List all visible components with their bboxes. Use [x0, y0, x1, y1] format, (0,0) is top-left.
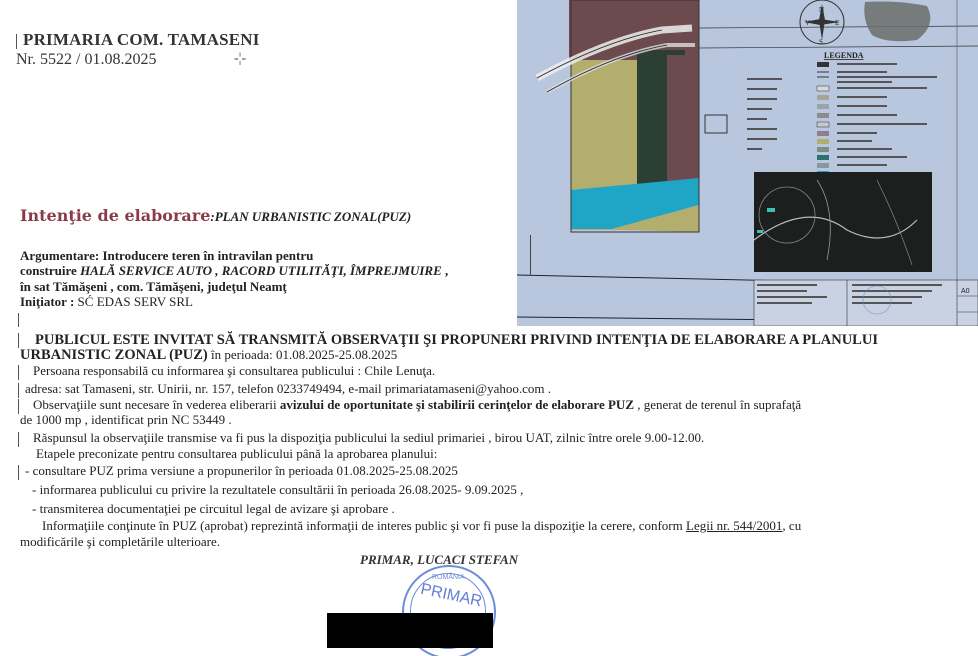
notice-heading-line-2: URBANISTIC ZONAL (PUZ) în perioada: 01.0…	[20, 347, 397, 364]
svg-text:S: S	[819, 38, 823, 46]
institution-header: PRIMARIA COM. TAMASENI	[16, 30, 260, 50]
stage-item: - transmiterea documentaţiei pe circuitu…	[32, 501, 395, 517]
info-line-1: Informaţiile conţinute în PUZ (aprobat) …	[42, 518, 801, 534]
law-reference-link[interactable]: Legii nr. 544/2001	[686, 518, 782, 533]
redaction-box	[327, 613, 493, 648]
argument-line-1: Argumentare: Introducere teren în intrav…	[20, 248, 313, 264]
margin-mark	[18, 313, 19, 327]
svg-text:N: N	[819, 6, 824, 14]
responsible-person: Persoana responsabilă cu informarea şi c…	[18, 363, 435, 380]
observations-line-2: de 1000 mp , identificat prin NC 53449 .	[20, 412, 232, 428]
svg-text:V: V	[805, 19, 810, 27]
stages-intro: Etapele preconizate pentru consultarea p…	[36, 446, 437, 462]
info-line-2: modificările şi completările ulterioare.	[20, 534, 220, 550]
contact-address: adresa: sat Tamaseni, str. Unirii, nr. 1…	[18, 381, 551, 398]
response-info: Răspunsul la observaţiile transmise va f…	[18, 430, 704, 447]
margin-mark	[16, 34, 17, 49]
project-description: HALĂ SERVICE AUTO , RACORD UTILITĂŢI, ÎM…	[80, 263, 442, 278]
intent-label: Intenţie de elaborare	[20, 206, 210, 225]
argument-label: Argumentare:	[20, 248, 99, 263]
crosshair-mark-icon: -¦-	[234, 51, 246, 67]
initiator-label: Iniţiator :	[20, 294, 78, 309]
intent-title: Intenţie de elaborare:PLAN URBANISTIC ZO…	[20, 206, 411, 226]
svg-text:E: E	[835, 19, 839, 27]
initiator: Iniţiator : SĆ EDAS SERV SRL	[20, 294, 193, 310]
map-drawing: N E S V LEGENDA	[517, 0, 978, 326]
urban-plan-map: N E S V LEGENDA	[517, 0, 978, 326]
argument-line-2: construire HALĂ SERVICE AUTO , RACORD UT…	[20, 263, 448, 279]
stage-item: - informarea publicului cu privire la re…	[32, 482, 523, 498]
argument-location: în sat Tămăşeni , com. Tămăşeni, judeţul…	[20, 279, 287, 295]
institution-name: PRIMARIA COM. TAMASENI	[23, 30, 260, 49]
initiator-value: SĆ EDAS SERV SRL	[78, 294, 193, 309]
intent-value: :PLAN URBANISTIC ZONAL(PUZ)	[210, 209, 411, 224]
svg-text:LEGENDA: LEGENDA	[824, 51, 864, 60]
stage-item: - consultare PUZ prima versiune a propun…	[18, 463, 458, 480]
stamp-country: ROMÂNIA	[432, 574, 465, 581]
svg-text:A0: A0	[961, 288, 970, 295]
registration-number: Nr. 5522 / 01.08.2025	[16, 51, 156, 69]
